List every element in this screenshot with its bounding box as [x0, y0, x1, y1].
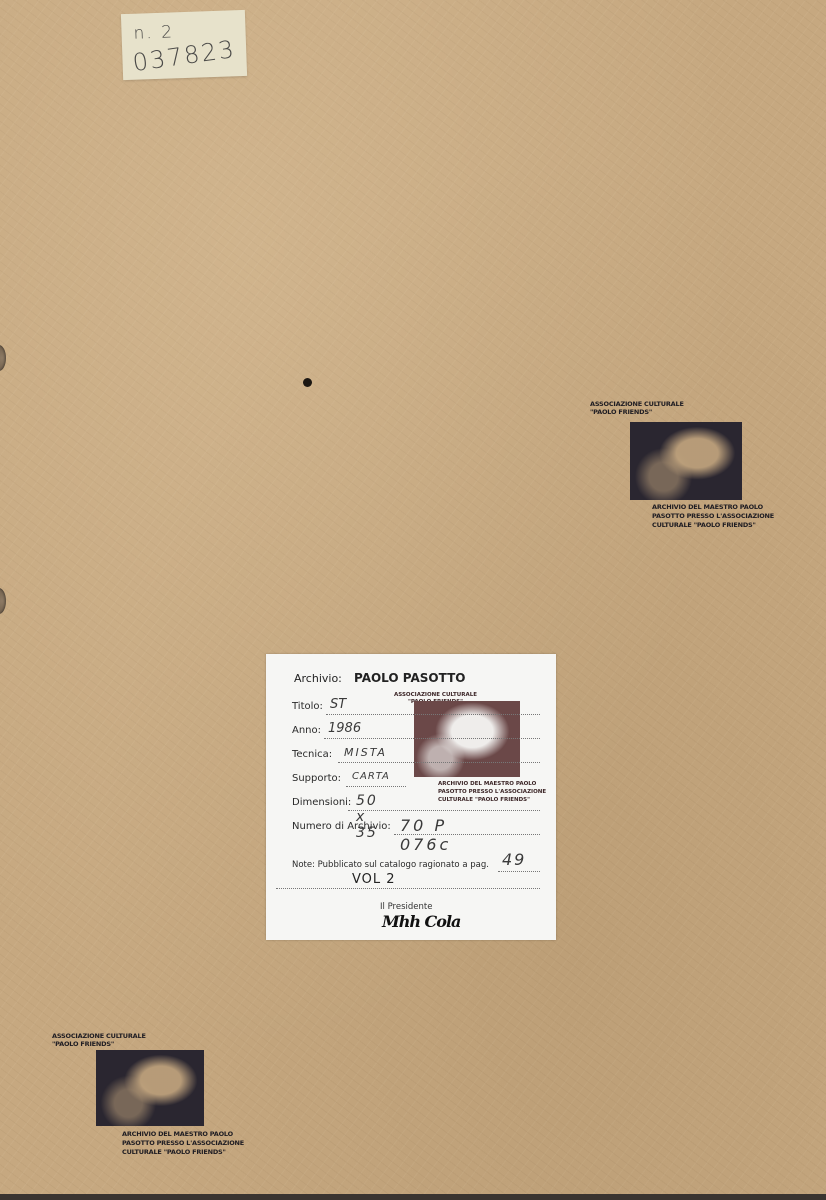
dotted-line	[276, 888, 540, 889]
field-numero-archivio: Numero di Archivio: 70 P 076c	[292, 821, 391, 832]
archive-certificate-card: Archivio: PAOLO PASOTTO ASSOCIAZIONE CUL…	[266, 654, 556, 940]
stamp-top-text: ASSOCIAZIONE CULTURALE "PAOLO FRIENDS"	[52, 1032, 146, 1048]
dotted-line	[394, 834, 540, 835]
frame-bottom-edge	[0, 1194, 826, 1200]
stamp-bottom-text: ARCHIVIO DEL MAESTRO PAOLO PASOTTO PRESS…	[652, 503, 774, 530]
cardboard-backing	[0, 0, 826, 1200]
archive-name: PAOLO PASOTTO	[354, 671, 465, 685]
stamp-image	[414, 701, 520, 777]
field-dimensioni: Dimensioni: 50 x 35	[292, 797, 351, 808]
field-note: Note: Pubblicato sul catalogo ragionato …	[292, 860, 489, 870]
field-titolo: Titolo: ST	[292, 701, 323, 712]
president-signature: Mhh Cola	[382, 912, 460, 931]
stamp-image	[96, 1050, 204, 1126]
dotted-line	[324, 738, 540, 739]
dotted-line	[348, 810, 540, 811]
tape-label-line1: n. 2	[133, 22, 174, 43]
dotted-line	[326, 714, 540, 715]
tape-label: n. 2 037823	[121, 10, 247, 80]
stamp-bottom-text: ARCHIVIO DEL MAESTRO PAOLO PASOTTO PRESS…	[438, 780, 546, 804]
dotted-line	[498, 871, 540, 872]
dotted-line	[346, 786, 406, 787]
field-anno: Anno: 1986	[292, 725, 321, 736]
archive-label: Archivio:	[294, 672, 342, 685]
ink-spot	[303, 378, 312, 387]
field-tecnica: Tecnica: MISTA	[292, 749, 332, 760]
stamp-top-text: ASSOCIAZIONE CULTURALE "PAOLO FRIENDS"	[590, 400, 684, 416]
president-label: Il Presidente	[380, 902, 432, 912]
note-volume: VOL 2	[352, 872, 396, 887]
dotted-line	[338, 762, 540, 763]
field-supporto: Supporto: CARTA	[292, 773, 341, 784]
stamp-bottom-text: ARCHIVIO DEL MAESTRO PAOLO PASOTTO PRESS…	[122, 1130, 244, 1157]
stamp-image	[630, 422, 742, 500]
